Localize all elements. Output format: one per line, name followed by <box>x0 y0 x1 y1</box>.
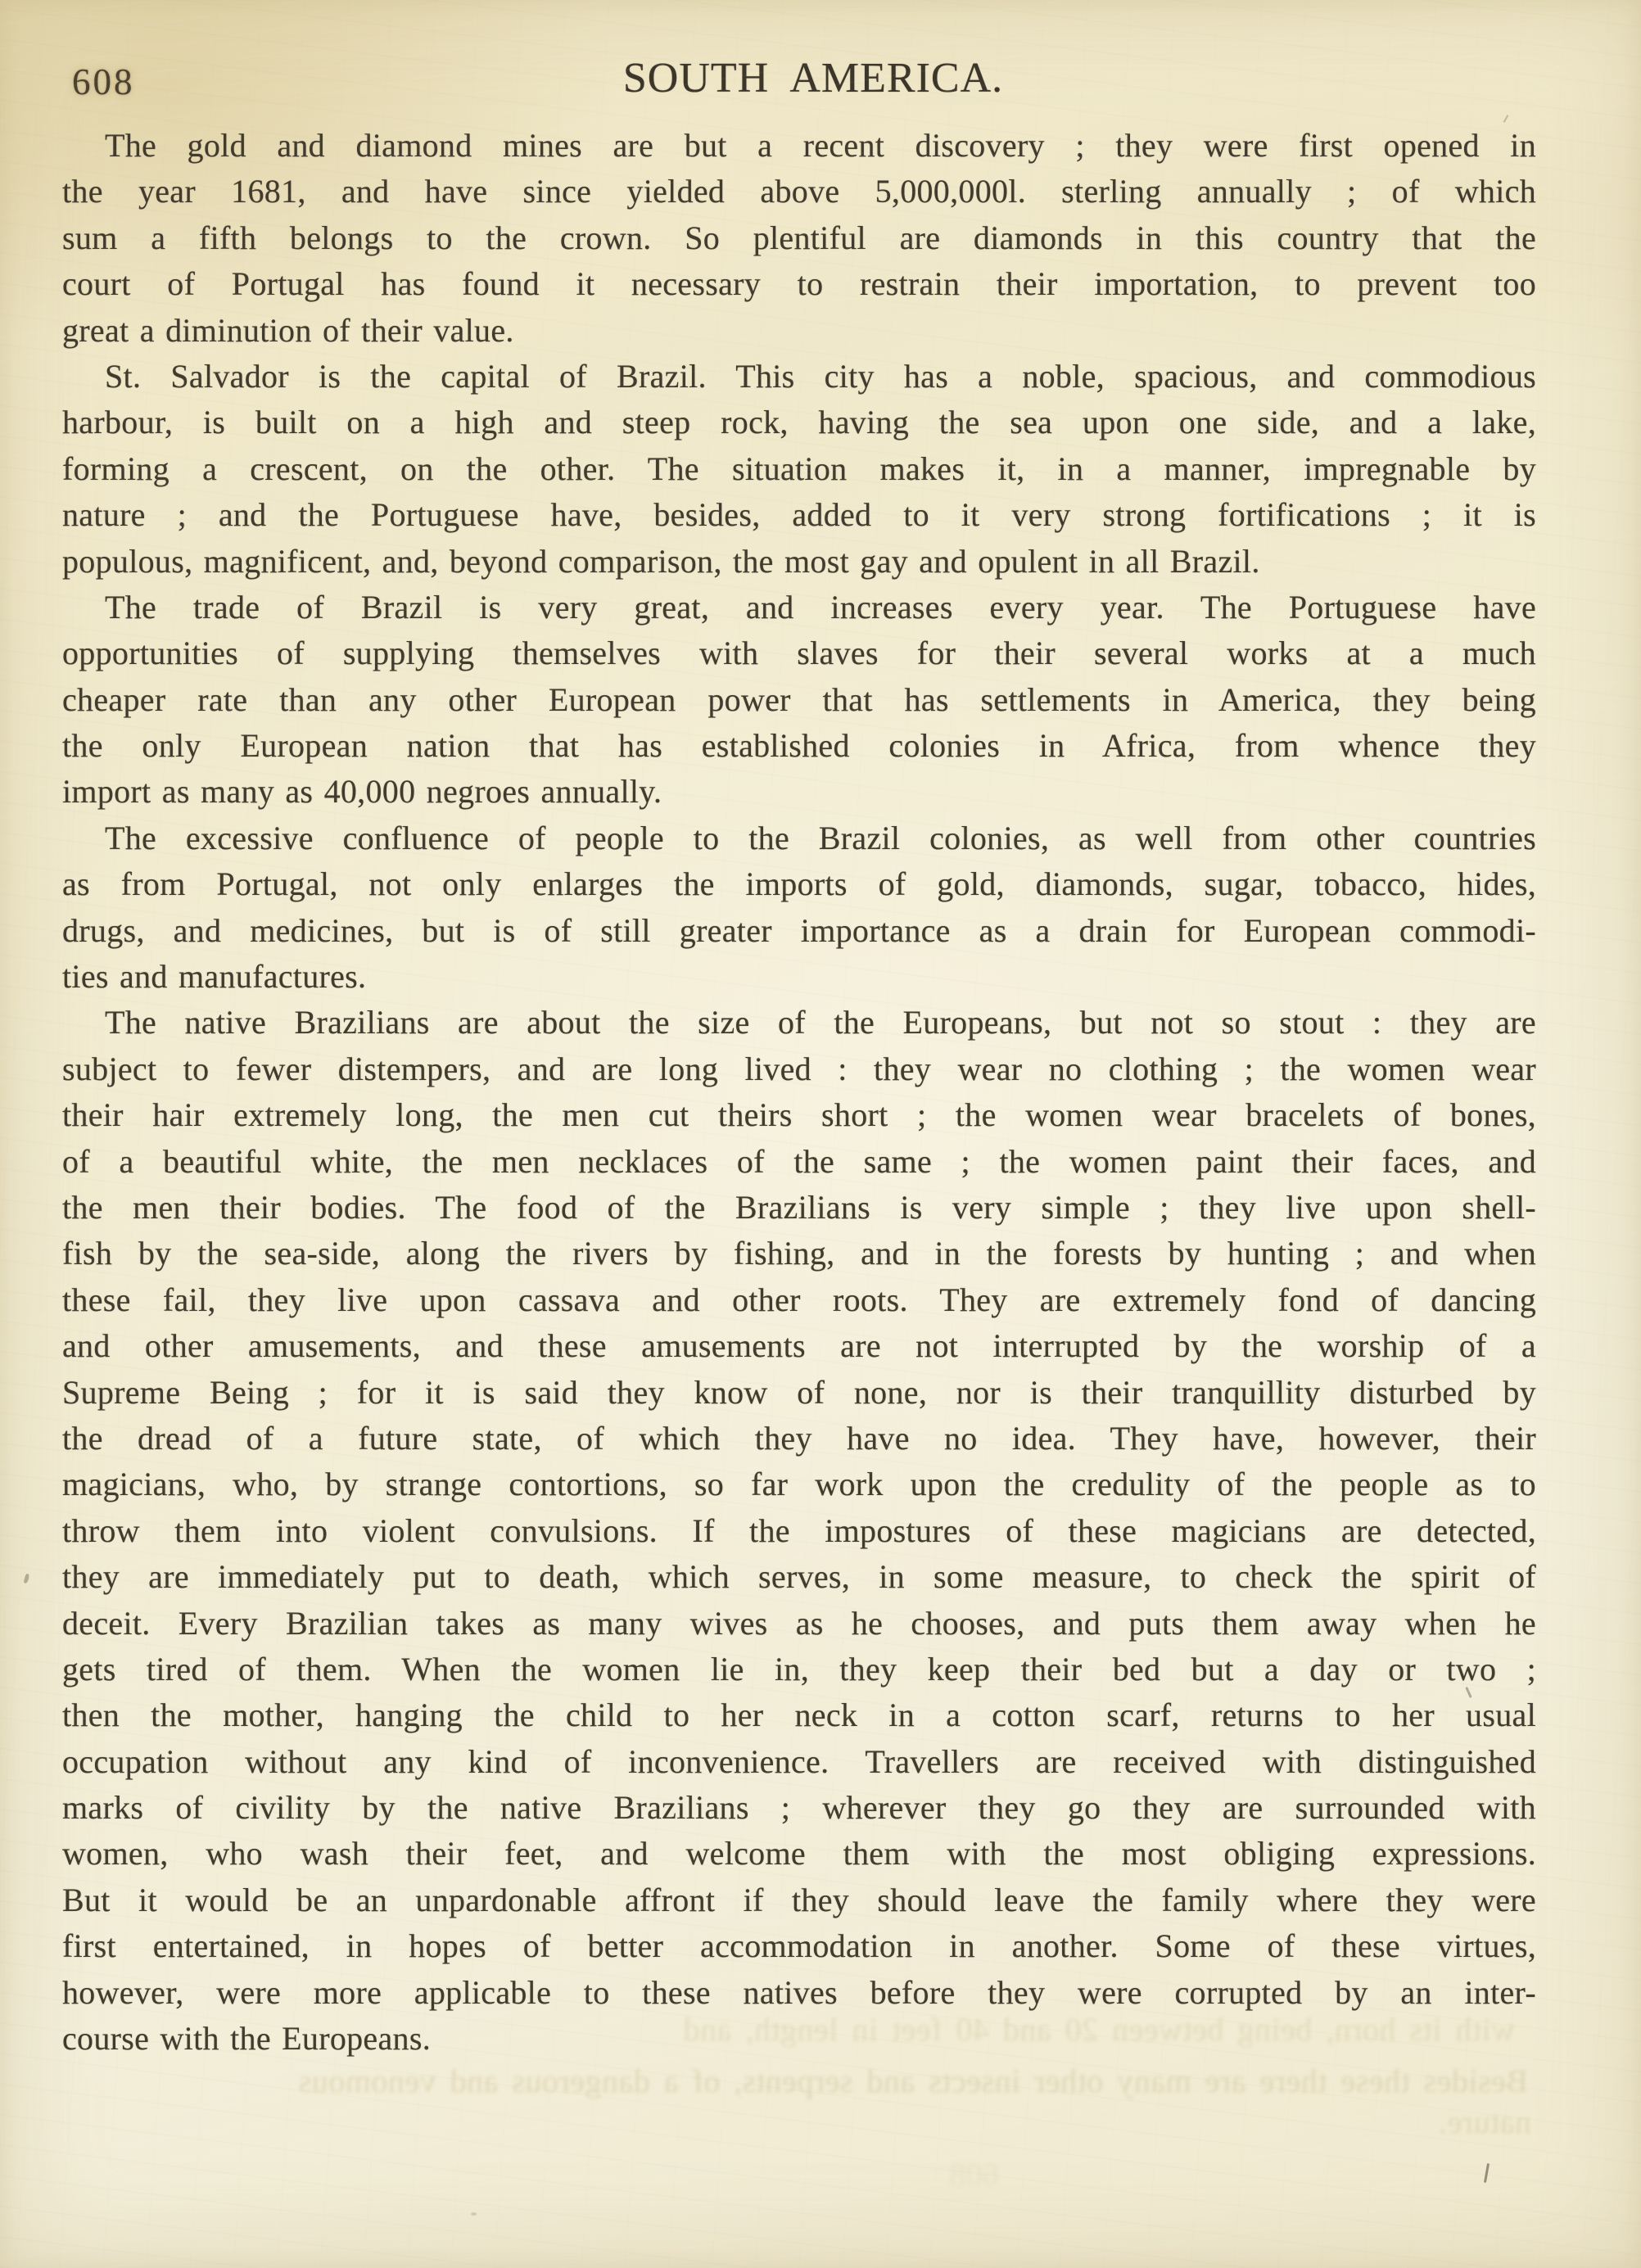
text-line: forming a crescent, on the other. The si… <box>62 446 1536 492</box>
bleedthrough-text: Besides these there are many other insec… <box>66 2062 1528 2100</box>
book-page-scan: 608 SOUTH AMERICA. The gold and diamond … <box>0 0 1641 2268</box>
text-line: women, who wash their feet, and welcome … <box>62 1831 1536 1877</box>
text-line: gets tired of them. When the women lie i… <box>62 1647 1536 1692</box>
text-line: nature ; and the Portuguese have, beside… <box>62 492 1536 538</box>
text-line: sum a fifth belongs to the crown. So ple… <box>62 215 1536 261</box>
text-line: and other amusements, and these amusemen… <box>62 1323 1536 1369</box>
text-line: The excessive confluence of people to th… <box>62 815 1536 861</box>
text-line: they are immediately put to death, which… <box>62 1554 1536 1600</box>
bleedthrough-text: 608 <box>704 2155 999 2193</box>
text-line: their hair extremely long, the men cut t… <box>62 1092 1536 1138</box>
text-line: the dread of a future state, of which th… <box>62 1416 1536 1462</box>
text-line: The native Brazilians are about the size… <box>62 1000 1536 1046</box>
text-line: these fail, they live upon cassava and o… <box>62 1277 1536 1323</box>
text-line: populous, magnificent, and, beyond compa… <box>62 539 1536 585</box>
bleedthrough-text: nature. <box>1302 2103 1531 2141</box>
text-line: marks of civility by the native Brazilia… <box>62 1785 1536 1831</box>
text-line: drugs, and medicines, but is of still gr… <box>62 908 1536 954</box>
text-line: Supreme Being ; for it is said they know… <box>62 1370 1536 1416</box>
text-line: as from Portugal, not only enlarges the … <box>62 861 1536 907</box>
body-text: The gold and diamond mines are but a rec… <box>62 123 1536 2062</box>
ink-speck <box>471 2212 477 2216</box>
text-line: subject to fewer distempers, and are lon… <box>62 1046 1536 1092</box>
text-line: deceit. Every Brazilian takes as many wi… <box>62 1601 1536 1647</box>
text-line: the year 1681, and have since yielded ab… <box>62 169 1536 215</box>
text-line: ties and manufactures. <box>62 954 1536 1000</box>
text-line: then the mother, hanging the child to he… <box>62 1692 1536 1738</box>
text-line: however, were more applicable to these n… <box>62 1970 1536 2016</box>
text-line: throw them into violent convulsions. If … <box>62 1508 1536 1554</box>
text-line: of a beautiful white, the men necklaces … <box>62 1139 1536 1185</box>
text-line: magicians, who, by strange contortions, … <box>62 1462 1536 1507</box>
running-title: SOUTH AMERICA. <box>0 54 1626 102</box>
text-line: the only European nation that has establ… <box>62 723 1536 769</box>
text-line: The gold and diamond mines are but a rec… <box>62 123 1536 169</box>
text-line: court of Portugal has found it necessary… <box>62 261 1536 307</box>
ink-speck <box>1503 115 1509 123</box>
ink-speck <box>1484 2163 1490 2183</box>
text-line: opportunities of supplying themselves wi… <box>62 630 1536 676</box>
text-line: first entertained, in hopes of better ac… <box>62 1923 1536 1969</box>
text-line: harbour, is built on a high and steep ro… <box>62 400 1536 445</box>
text-line: course with the Europeans. <box>62 2016 1536 2062</box>
text-line: The trade of Brazil is very great, and i… <box>62 585 1536 630</box>
text-line: the men their bodies. The food of the Br… <box>62 1185 1536 1231</box>
text-line: But it would be an unpardonable affront … <box>62 1877 1536 1923</box>
text-line: cheaper rate than any other European pow… <box>62 677 1536 723</box>
text-line: St. Salvador is the capital of Brazil. T… <box>62 354 1536 400</box>
ink-speck <box>23 1574 29 1584</box>
text-line: great a diminution of their value. <box>62 308 1536 354</box>
text-line: import as many as 40,000 negroes annuall… <box>62 769 1536 815</box>
text-line: fish by the sea-side, along the rivers b… <box>62 1231 1536 1276</box>
text-line: occupation without any kind of inconveni… <box>62 1739 1536 1785</box>
